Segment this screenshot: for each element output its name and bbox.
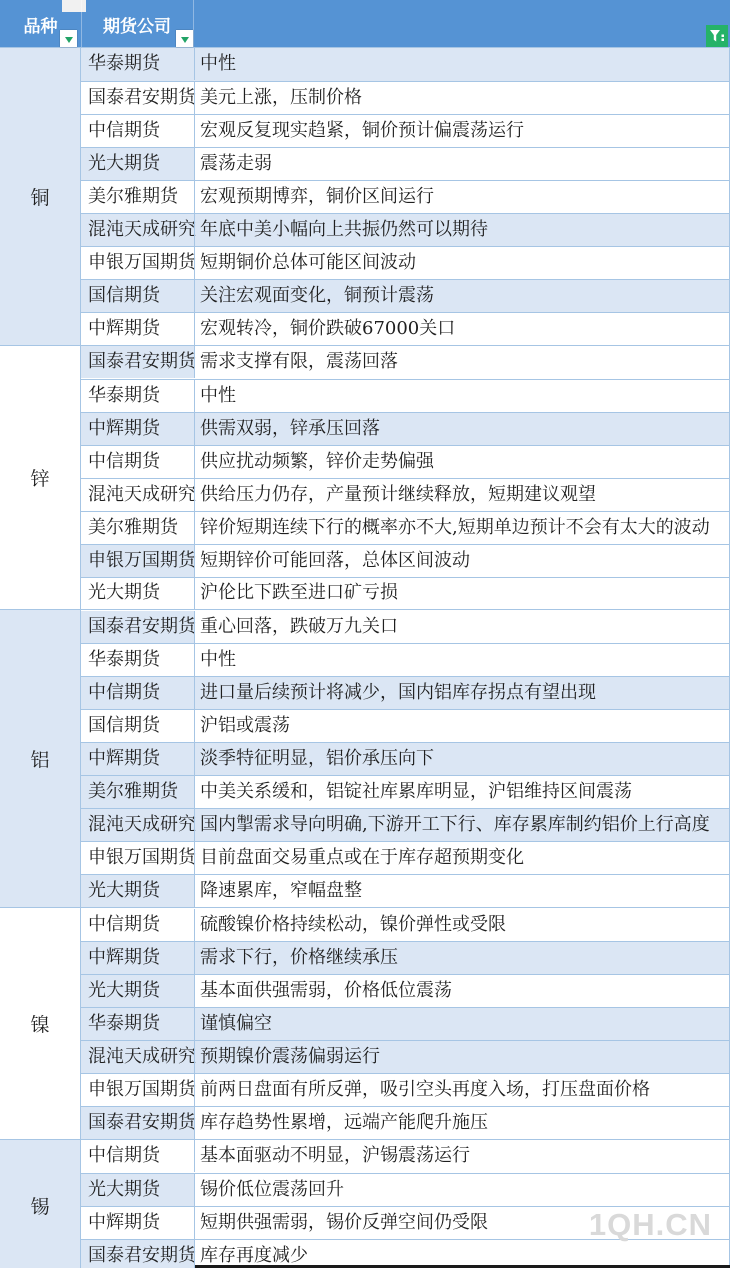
view-cell[interactable]: 宏观反复现实趋紧，铜价预计偏震荡运行 — [194, 115, 730, 147]
table-row: 中信期货供应扰动频繁，锌价走势偏强 — [81, 445, 730, 478]
company-cell[interactable]: 光大期货 — [81, 975, 194, 1007]
view-cell[interactable]: 美元上涨，压制价格 — [194, 82, 730, 114]
table-row: 国泰君安期货库存再度减少 — [81, 1239, 730, 1268]
group-rows: 国泰君安期货需求支撑有限，震荡回落华泰期货中性中辉期货供需双弱，锌承压回落中信期… — [81, 346, 730, 610]
header-divider — [81, 0, 82, 47]
company-cell[interactable]: 中辉期货 — [81, 743, 194, 775]
table-row: 中辉期货供需双弱，锌承压回落 — [81, 412, 730, 445]
view-cell[interactable]: 供需双弱，锌承压回落 — [194, 413, 730, 445]
company-cell[interactable]: 国泰君安期货 — [81, 1107, 194, 1139]
variety-cell[interactable]: 铝 — [0, 610, 81, 907]
view-cell[interactable]: 沪铝或震荡 — [194, 710, 730, 742]
company-cell[interactable]: 中信期货 — [81, 1140, 194, 1172]
variety-group: 锌国泰君安期货需求支撑有限，震荡回落华泰期货中性中辉期货供需双弱，锌承压回落中信… — [0, 345, 730, 610]
view-cell[interactable]: 进口量后续预计将减少，国内铝库存拐点有望出现 — [194, 677, 730, 709]
company-cell[interactable]: 中信期货 — [81, 909, 194, 941]
company-cell[interactable]: 国泰君安期货 — [81, 1240, 194, 1268]
view-cell[interactable]: 目前盘面交易重点或在于库存超预期变化 — [194, 842, 730, 874]
company-cell[interactable]: 混沌天成研究 — [81, 1041, 194, 1073]
watermark: 1QH.CN — [589, 1207, 712, 1243]
table-row: 华泰期货谨慎偏空 — [81, 1007, 730, 1040]
view-cell[interactable]: 供应扰动频繁，锌价走势偏强 — [194, 446, 730, 478]
company-cell[interactable]: 美尔雅期货 — [81, 776, 194, 808]
view-cell[interactable]: 淡季特征明显，铝价承压向下 — [194, 743, 730, 775]
company-cell[interactable]: 中辉期货 — [81, 1207, 194, 1239]
group-rows: 华泰期货中性国泰君安期货美元上涨，压制价格中信期货宏观反复现实趋紧，铜价预计偏震… — [81, 48, 730, 345]
table-row: 中辉期货宏观转冷，铜价跌破67000关口 — [81, 312, 730, 345]
table-row: 华泰期货中性 — [81, 379, 730, 412]
table-row: 中信期货进口量后续预计将减少，国内铝库存拐点有望出现 — [81, 676, 730, 709]
company-cell[interactable]: 华泰期货 — [81, 644, 194, 676]
funnel-filter-icon — [709, 28, 725, 44]
table-row: 申银万国期货短期锌价可能回落，总体区间波动 — [81, 544, 730, 577]
company-cell[interactable]: 中辉期货 — [81, 313, 194, 345]
table-header: 品种 期货公司 观 点 （由汇通财经及1qh.cn整理汇总） — [0, 0, 730, 48]
table-row: 光大期货基本面供强需弱，价格低位震荡 — [81, 974, 730, 1007]
view-cell[interactable]: 短期铜价总体可能区间波动 — [194, 247, 730, 279]
view-cell[interactable]: 国内掣需求导向明确,下游开工下行、库存累库制约铝价上行高度 — [194, 809, 730, 841]
company-cell[interactable]: 申银万国期货 — [81, 247, 194, 279]
company-cell[interactable]: 国泰君安期货 — [81, 82, 194, 114]
view-cell[interactable]: 供给压力仍存，产量预计继续释放，短期建议观望 — [194, 479, 730, 511]
company-cell[interactable]: 国泰君安期货 — [81, 611, 194, 643]
variety-group: 铜华泰期货中性国泰君安期货美元上涨，压制价格中信期货宏观反复现实趋紧，铜价预计偏… — [0, 48, 730, 345]
company-cell[interactable]: 混沌天成研究 — [81, 214, 194, 246]
spreadsheet-view: 品种 期货公司 观 点 （由汇通财经及1qh.cn整理汇总） 铜华泰期货中性国泰… — [0, 0, 730, 1268]
table-row: 光大期货锡价低位震荡回升 — [81, 1173, 730, 1206]
view-cell[interactable]: 年底中美小幅向上共振仍然可以期待 — [194, 214, 730, 246]
view-cell[interactable]: 中美关系缓和，铝锭社库累库明显，沪铝维持区间震荡 — [194, 776, 730, 808]
group-rows: 中信期货基本面驱动不明显，沪锡震荡运行光大期货锡价低位震荡回升中辉期货短期供强需… — [81, 1140, 730, 1268]
table-row: 中辉期货需求下行，价格继续承压 — [81, 941, 730, 974]
table-row: 美尔雅期货宏观预期博弈，铜价区间运行 — [81, 180, 730, 213]
company-cell[interactable]: 申银万国期货 — [81, 1074, 194, 1106]
table-row: 国信期货关注宏观面变化，铜预计震荡 — [81, 279, 730, 312]
company-cell[interactable]: 中辉期货 — [81, 413, 194, 445]
company-cell[interactable]: 混沌天成研究 — [81, 809, 194, 841]
view-cell[interactable]: 宏观转冷，铜价跌破67000关口 — [194, 313, 730, 345]
company-cell[interactable]: 国信期货 — [81, 280, 194, 312]
sheet-filter-button[interactable] — [706, 25, 728, 47]
table-row: 中信期货基本面驱动不明显，沪锡震荡运行 — [81, 1140, 730, 1173]
company-cell[interactable]: 华泰期货 — [81, 48, 194, 80]
company-cell[interactable]: 光大期货 — [81, 148, 194, 180]
view-cell[interactable]: 关注宏观面变化，铜预计震荡 — [194, 280, 730, 312]
table-row: 国泰君安期货重心回落，跌破万九关口 — [81, 610, 730, 643]
variety-cell[interactable]: 锡 — [0, 1140, 81, 1268]
table-row: 美尔雅期货锌价短期连续下行的概率亦不大,短期单边预计不会有太大的波动 — [81, 511, 730, 544]
variety-cell[interactable]: 锌 — [0, 346, 81, 610]
view-cell[interactable]: 中性 — [194, 380, 730, 412]
view-cell[interactable]: 需求支撑有限，震荡回落 — [194, 346, 730, 378]
company-cell[interactable]: 国泰君安期货 — [81, 346, 194, 378]
table-row: 申银万国期货前两日盘面有所反弹，吸引空头再度入场，打压盘面价格 — [81, 1073, 730, 1106]
view-cell[interactable]: 中性 — [194, 644, 730, 676]
view-cell[interactable]: 需求下行，价格继续承压 — [194, 942, 730, 974]
company-cell[interactable]: 光大期货 — [81, 577, 194, 609]
table-row: 光大期货降速累库，窄幅盘整 — [81, 874, 730, 907]
view-cell[interactable]: 震荡走弱 — [194, 148, 730, 180]
table-row: 混沌天成研究预期镍价震荡偏弱运行 — [81, 1040, 730, 1073]
table-row: 国泰君安期货需求支撑有限，震荡回落 — [81, 346, 730, 379]
group-rows: 国泰君安期货重心回落，跌破万九关口华泰期货中性中信期货进口量后续预计将减少，国内… — [81, 610, 730, 907]
company-cell[interactable]: 华泰期货 — [81, 1008, 194, 1040]
variety-filter-dropdown[interactable] — [60, 30, 77, 47]
variety-group: 铝国泰君安期货重心回落，跌破万九关口华泰期货中性中信期货进口量后续预计将减少，国… — [0, 609, 730, 907]
variety-cell[interactable]: 镍 — [0, 908, 81, 1139]
table-row: 光大期货沪伦比下跌至进口矿亏损 — [81, 577, 730, 610]
view-cell[interactable]: 锌价短期连续下行的概率亦不大,短期单边预计不会有太大的波动 — [194, 512, 730, 544]
view-cell[interactable]: 短期锌价可能回落，总体区间波动 — [194, 545, 730, 577]
variety-cell[interactable]: 铜 — [0, 48, 81, 345]
company-cell[interactable]: 光大期货 — [81, 875, 194, 907]
company-cell[interactable]: 混沌天成研究 — [81, 479, 194, 511]
table-row: 中辉期货淡季特征明显，铝价承压向下 — [81, 742, 730, 775]
table-row: 国泰君安期货库存趋势性累增，远端产能爬升施压 — [81, 1106, 730, 1139]
table-row: 中信期货宏观反复现实趋紧，铜价预计偏震荡运行 — [81, 114, 730, 147]
table-row: 华泰期货中性 — [81, 48, 730, 81]
view-cell[interactable]: 前两日盘面有所反弹，吸引空头再度入场，打压盘面价格 — [194, 1074, 730, 1106]
table-row: 中信期货硫酸镍价格持续松动，镍价弹性或受限 — [81, 908, 730, 941]
company-cell[interactable]: 中信期货 — [81, 677, 194, 709]
company-cell[interactable]: 申银万国期货 — [81, 842, 194, 874]
view-cell[interactable]: 沪伦比下跌至进口矿亏损 — [194, 577, 730, 609]
view-cell[interactable]: 重心回落，跌破万九关口 — [194, 611, 730, 643]
view-cell[interactable]: 中性 — [194, 48, 730, 80]
table-row: 混沌天成研究国内掣需求导向明确,下游开工下行、库存累库制约铝价上行高度 — [81, 808, 730, 841]
view-cell[interactable]: 库存趋势性累增，远端产能爬升施压 — [194, 1107, 730, 1139]
table-row: 国泰君安期货美元上涨，压制价格 — [81, 81, 730, 114]
view-cell[interactable]: 硫酸镍价格持续松动，镍价弹性或受限 — [194, 909, 730, 941]
view-cell[interactable]: 谨慎偏空 — [194, 1008, 730, 1040]
table-row: 美尔雅期货中美关系缓和，铝锭社库累库明显，沪铝维持区间震荡 — [81, 775, 730, 808]
chevron-down-icon — [65, 37, 73, 43]
company-cell[interactable]: 国信期货 — [81, 710, 194, 742]
company-cell[interactable]: 华泰期货 — [81, 380, 194, 412]
company-cell[interactable]: 申银万国期货 — [81, 545, 194, 577]
company-cell[interactable]: 美尔雅期货 — [81, 181, 194, 213]
view-cell[interactable]: 锡价低位震荡回升 — [194, 1174, 730, 1206]
company-cell[interactable]: 中辉期货 — [81, 942, 194, 974]
cell-corner-notch — [62, 0, 86, 12]
variety-group: 锡中信期货基本面驱动不明显，沪锡震荡运行光大期货锡价低位震荡回升中辉期货短期供强… — [0, 1139, 730, 1268]
company-cell[interactable]: 中信期货 — [81, 446, 194, 478]
header-divider — [193, 0, 194, 47]
company-cell[interactable]: 中信期货 — [81, 115, 194, 147]
table-row: 华泰期货中性 — [81, 643, 730, 676]
table-row: 光大期货震荡走弱 — [81, 147, 730, 180]
table-row: 申银万国期货目前盘面交易重点或在于库存超预期变化 — [81, 841, 730, 874]
variety-group: 镍中信期货硫酸镍价格持续松动，镍价弹性或受限中辉期货需求下行，价格继续承压光大期… — [0, 907, 730, 1139]
view-cell[interactable]: 基本面供强需弱，价格低位震荡 — [194, 975, 730, 1007]
table-row: 混沌天成研究供给压力仍存，产量预计继续释放，短期建议观望 — [81, 478, 730, 511]
chevron-down-icon — [181, 37, 189, 43]
table-row: 国信期货沪铝或震荡 — [81, 709, 730, 742]
table-row: 混沌天成研究年底中美小幅向上共振仍然可以期待 — [81, 213, 730, 246]
view-cell[interactable]: 宏观预期博弈，铜价区间运行 — [194, 181, 730, 213]
company-cell[interactable]: 美尔雅期货 — [81, 512, 194, 544]
view-cell[interactable]: 基本面驱动不明显，沪锡震荡运行 — [194, 1140, 730, 1172]
company-filter-dropdown[interactable] — [176, 30, 193, 47]
view-cell[interactable]: 预期镍价震荡偏弱运行 — [194, 1041, 730, 1073]
company-cell[interactable]: 光大期货 — [81, 1174, 194, 1206]
view-cell[interactable]: 降速累库，窄幅盘整 — [194, 875, 730, 907]
group-rows: 中信期货硫酸镍价格持续松动，镍价弹性或受限中辉期货需求下行，价格继续承压光大期货… — [81, 908, 730, 1139]
table-row: 申银万国期货短期铜价总体可能区间波动 — [81, 246, 730, 279]
view-cell[interactable]: 库存再度减少 — [194, 1240, 730, 1268]
opinions-table: 铜华泰期货中性国泰君安期货美元上涨，压制价格中信期货宏观反复现实趋紧，铜价预计偏… — [0, 48, 730, 1268]
